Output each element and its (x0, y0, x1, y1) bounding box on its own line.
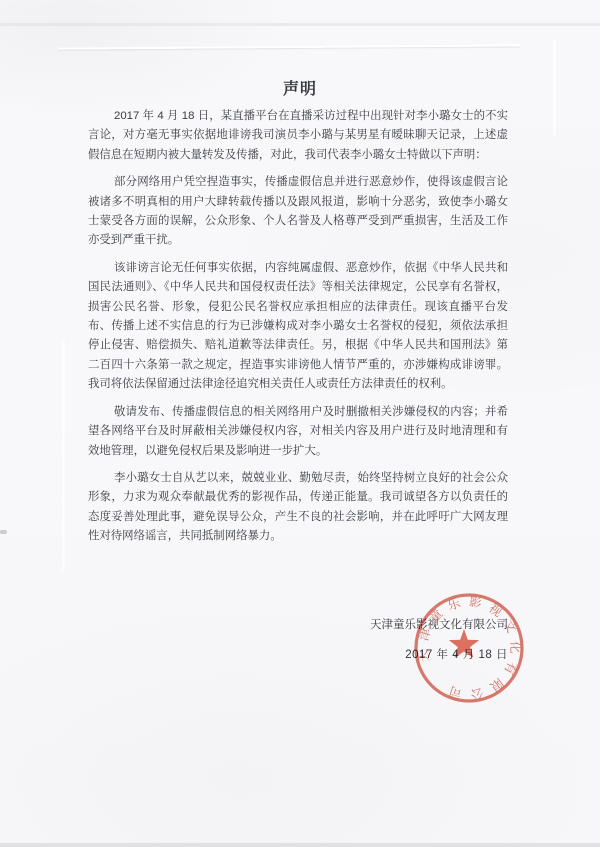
statement-title: 声明 (0, 76, 600, 99)
signature-date: 2017 年 4 月 18 日 (370, 647, 508, 663)
scan-crease-horizontal (0, 23, 600, 26)
scan-fold-line (58, 44, 520, 49)
statement-paragraph-2: 该诽谤言论无任何事实依据，内容纯属虚假、恶意炒作，依据《中华人民共和国民法通则》… (88, 259, 508, 395)
signature-block: 天津童乐影视文化有限公司 2017 年 4 月 18 日 (370, 617, 508, 663)
seal-char: 影 (468, 595, 483, 611)
statement-body: 2017 年 4 月 18 日，某直播平台在直播采访过程中出现针对李小璐女士的不… (88, 107, 508, 547)
seal-char: 化 (508, 641, 522, 654)
statement-paragraph-4: 李小璐女士自从艺以来，兢兢业业、勤勉尽责，始终坚持树立良好的社会公众形象，力求为… (88, 469, 508, 547)
statement-paragraph-3: 敬请发布、传播虚假信息的相关网络用户及时删撤相关涉嫌侵权的内容；并希望各网络平台… (88, 403, 508, 461)
scan-edge-shadow (0, 843, 600, 847)
scan-streak-left (62, 340, 65, 570)
scanned-statement-page: 声明 2017 年 4 月 18 日，某直播平台在直播采访过程中出现针对李小璐女… (0, 0, 600, 847)
company-name: 天津童乐影视文化有限公司 (370, 617, 508, 633)
seal-char: 司 (447, 684, 463, 701)
seal-char: 公 (469, 685, 484, 701)
seal-char: 限 (487, 675, 506, 694)
scan-speck (0, 530, 7, 534)
statement-paragraph-intro: 2017 年 4 月 18 日，某直播平台在直播采访过程中出现针对李小璐女士的不… (88, 107, 508, 165)
statement-paragraph-1: 部分网络用户凭空捏造事实，传播虚假信息并进行恶意炒作，使得该虚假言论被诸多不明真… (88, 173, 508, 251)
seal-char: 乐 (446, 596, 463, 613)
